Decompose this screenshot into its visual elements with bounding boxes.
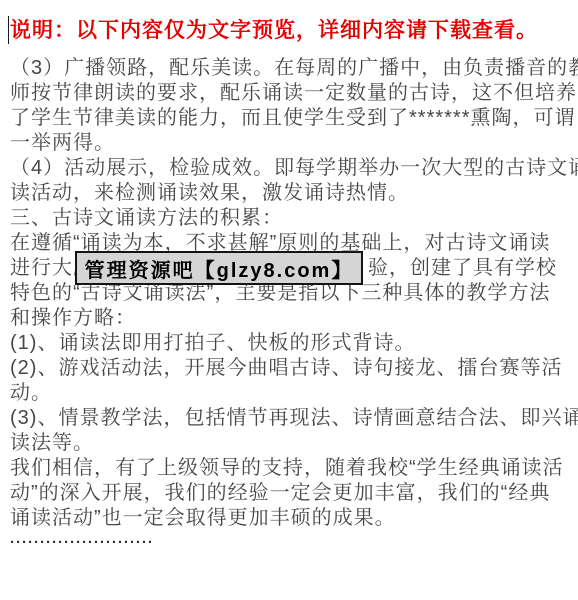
- text-line: 了学生节律美读的能力，而且使学生受到了*******熏陶，可谓: [10, 106, 572, 131]
- text-line: 诵读活动”也一定会取得更加丰硕的成果。: [10, 506, 572, 531]
- text-line: 动。: [10, 381, 572, 406]
- text-cursor-caret: [8, 16, 9, 44]
- text-line: 师按节律朗读的要求，配乐诵读一定数量的古诗，这不但培养: [10, 81, 572, 106]
- text-line: 动”的深入开展，我们的经验一定会更加丰富，我们的“经典: [10, 481, 572, 506]
- text-line: (2)、游戏活动法，开展今曲唱古诗、诗句接龙、擂台赛等活: [10, 356, 572, 381]
- text-line-suffix: 验，创建了具有学校: [368, 257, 557, 279]
- document-body: （3）广播领路，配乐美读。在每周的广播中，由负责播音的教 师按节律朗读的要求，配…: [10, 56, 572, 550]
- preview-notice: 说明：以下内容仅为文字预览，详细内容请下载查看。: [10, 14, 538, 44]
- text-line: （4）活动展示，检验成效。即每学期举办一次大型的古诗文诵: [10, 156, 572, 181]
- text-line: 和操作方略：: [10, 306, 572, 331]
- text-line: 一举两得。: [10, 131, 572, 156]
- text-line: (1)、诵读法即用打拍子、快板的形式背诗。: [10, 331, 572, 356]
- section-heading-line: 三、古诗文诵读方法的积累：: [10, 206, 572, 231]
- ellipsis-line: ························: [10, 536, 572, 550]
- text-line: （3）广播领路，配乐美读。在每周的广播中，由负责播音的教: [10, 56, 572, 81]
- document-preview-page: 说明：以下内容仅为文字预览，详细内容请下载查看。 （3）广播领路，配乐美读。在每…: [0, 0, 578, 600]
- text-line: 读活动，来检测诵读效果，激发诵诗热情。: [10, 181, 572, 206]
- text-line: 我们相信，有了上级领导的支持，随着我校“学生经典诵读活: [10, 456, 572, 481]
- watermark-ad-overlay[interactable]: 管理资源吧【glzy8.com】: [75, 251, 363, 285]
- text-line: (3)、情景教学法，包括情节再现法、诗情画意结合法、即兴诵: [10, 406, 572, 431]
- text-line: 读法等。: [10, 431, 572, 456]
